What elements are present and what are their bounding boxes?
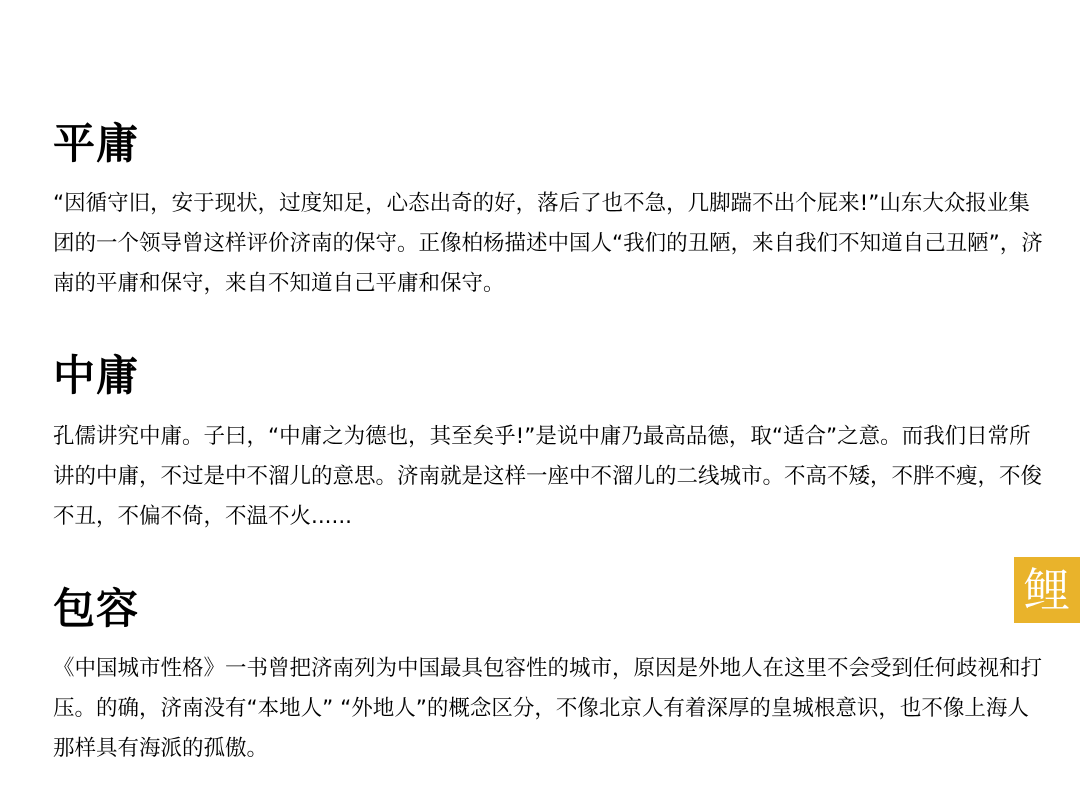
section-heading-baorong: 包容 (53, 585, 1043, 633)
section-body-zhongyong: 孔儒讲究中庸。子曰，“中庸之为德也，其至矣乎!”是说中庸乃最高品德，取“适合”之… (53, 417, 1043, 537)
section-body-baorong: 《中国城市性格》一书曾把济南列为中国最具包容性的城市，原因是外地人在这里不会受到… (53, 649, 1043, 769)
slide-page: 平庸 “因循守旧，安于现状，过度知足，心态出奇的好，落后了也不急，几脚踹不出个屁… (0, 0, 1080, 810)
koi-carp-icon: 鲤 (1014, 557, 1080, 623)
koi-carp-glyph: 鲤 (1024, 567, 1070, 613)
slide-content: 平庸 “因循守旧，安于现状，过度知足，心态出奇的好，落后了也不急，几脚踹不出个屁… (53, 120, 1043, 810)
section-body-pingyong: “因循守旧，安于现状，过度知足，心态出奇的好，落后了也不急，几脚踹不出个屁来!”… (53, 184, 1043, 304)
section-heading-zhongyong: 中庸 (53, 352, 1043, 400)
section-zhongyong: 中庸 孔儒讲究中庸。子曰，“中庸之为德也，其至矣乎!”是说中庸乃最高品德，取“适… (53, 352, 1043, 536)
section-baorong: 包容 《中国城市性格》一书曾把济南列为中国最具包容性的城市，原因是外地人在这里不… (53, 585, 1043, 769)
section-pingyong: 平庸 “因循守旧，安于现状，过度知足，心态出奇的好，落后了也不急，几脚踹不出个屁… (53, 120, 1043, 304)
section-heading-pingyong: 平庸 (53, 120, 1043, 168)
